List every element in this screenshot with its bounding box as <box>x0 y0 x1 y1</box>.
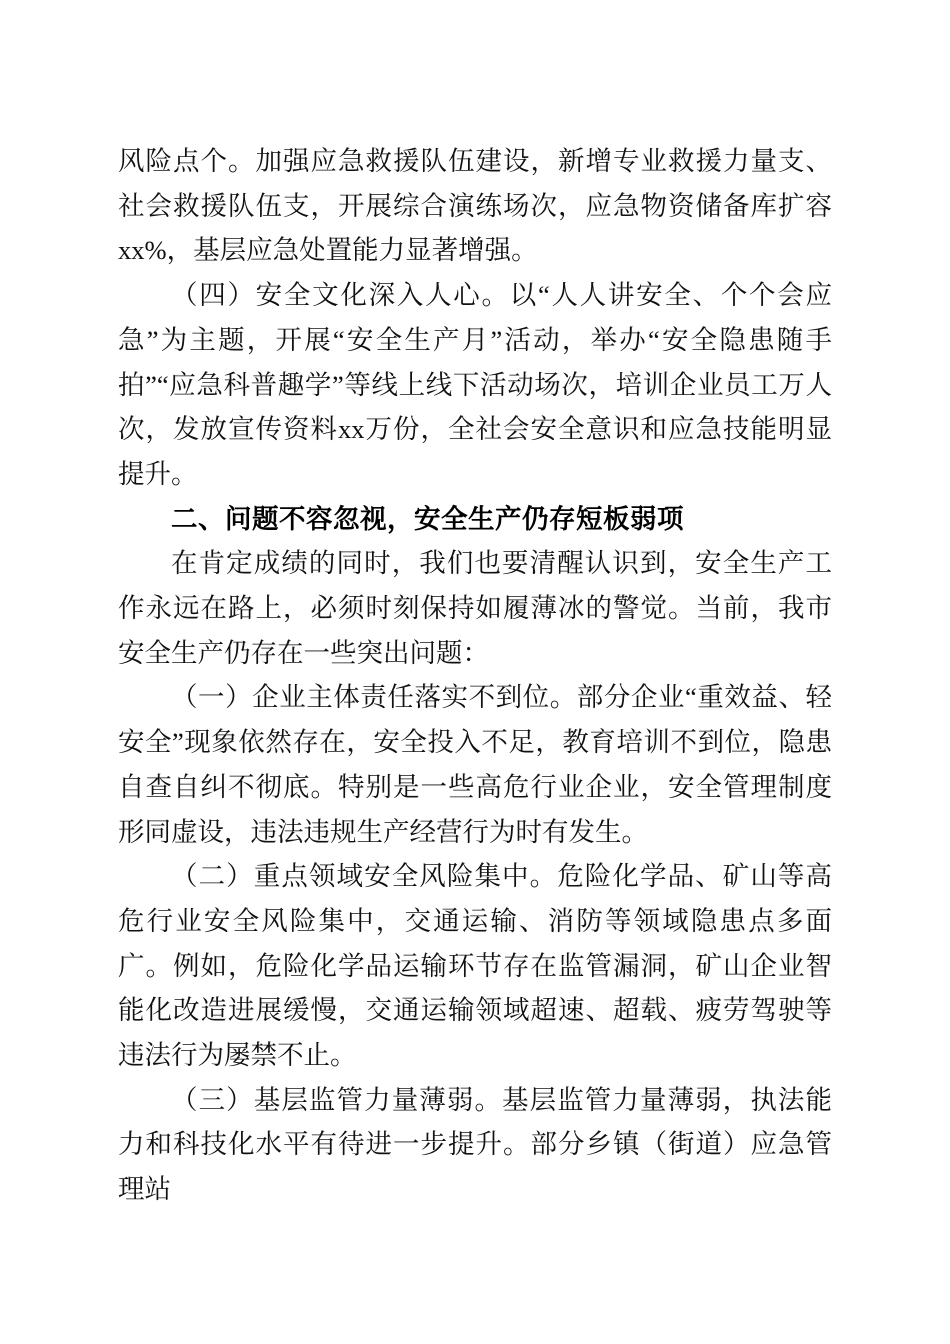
section-heading-2: 二、问题不容忽视，安全生产仍存短板弱项 <box>118 497 832 542</box>
document-content: 风险点个。加强应急救援队伍建设，新增专业救援力量支、社会救援队伍支，开展综合演练… <box>118 139 832 1212</box>
paragraph-lead-problem-1: （一）企业主体责任落实不到位。 <box>171 682 577 712</box>
paragraph-body-problem-2: 危险化学品、矿山等高危行业安全风险集中，交通运输、消防等领域隐患点多面广。例如，… <box>118 861 832 1070</box>
paragraph-point-4: （四）安全文化深入人心。以“人人讲安全、个个会应急”为主题，开展“安全生产月”活… <box>118 273 832 497</box>
paragraph-problem-3: （三）基层监管力量薄弱。基层监管力量薄弱，执法能力和科技化水平有待进一步提升。部… <box>118 1078 832 1212</box>
paragraph-continued-from-previous-page: 风险点个。加强应急救援队伍建设，新增专业救援力量支、社会救援队伍支，开展综合演练… <box>118 139 832 273</box>
document-page: 风险点个。加强应急救援队伍建设，新增专业救援力量支、社会救援队伍支，开展综合演练… <box>0 0 950 1344</box>
paragraph-lead-problem-2: （二）重点领域安全风险集中。 <box>171 861 557 891</box>
paragraph-section-intro: 在肯定成绩的同时，我们也要清醒认识到，安全生产工作永远在路上，必须时刻保持如履薄… <box>118 541 832 675</box>
paragraph-problem-1: （一）企业主体责任落实不到位。部分企业“重效益、轻安全”现象依然存在，安全投入不… <box>118 675 832 854</box>
paragraph-body-point-4: 以“人人讲安全、个个会应急”为主题，开展“安全生产月”活动，举办“安全隐患随手拍… <box>118 280 832 489</box>
paragraph-problem-2: （二）重点领域安全风险集中。危险化学品、矿山等高危行业安全风险集中，交通运输、消… <box>118 854 832 1078</box>
paragraph-lead-problem-3: （三）基层监管力量薄弱。 <box>171 1085 502 1115</box>
paragraph-lead-point-4: （四）安全文化深入人心。 <box>171 280 510 310</box>
